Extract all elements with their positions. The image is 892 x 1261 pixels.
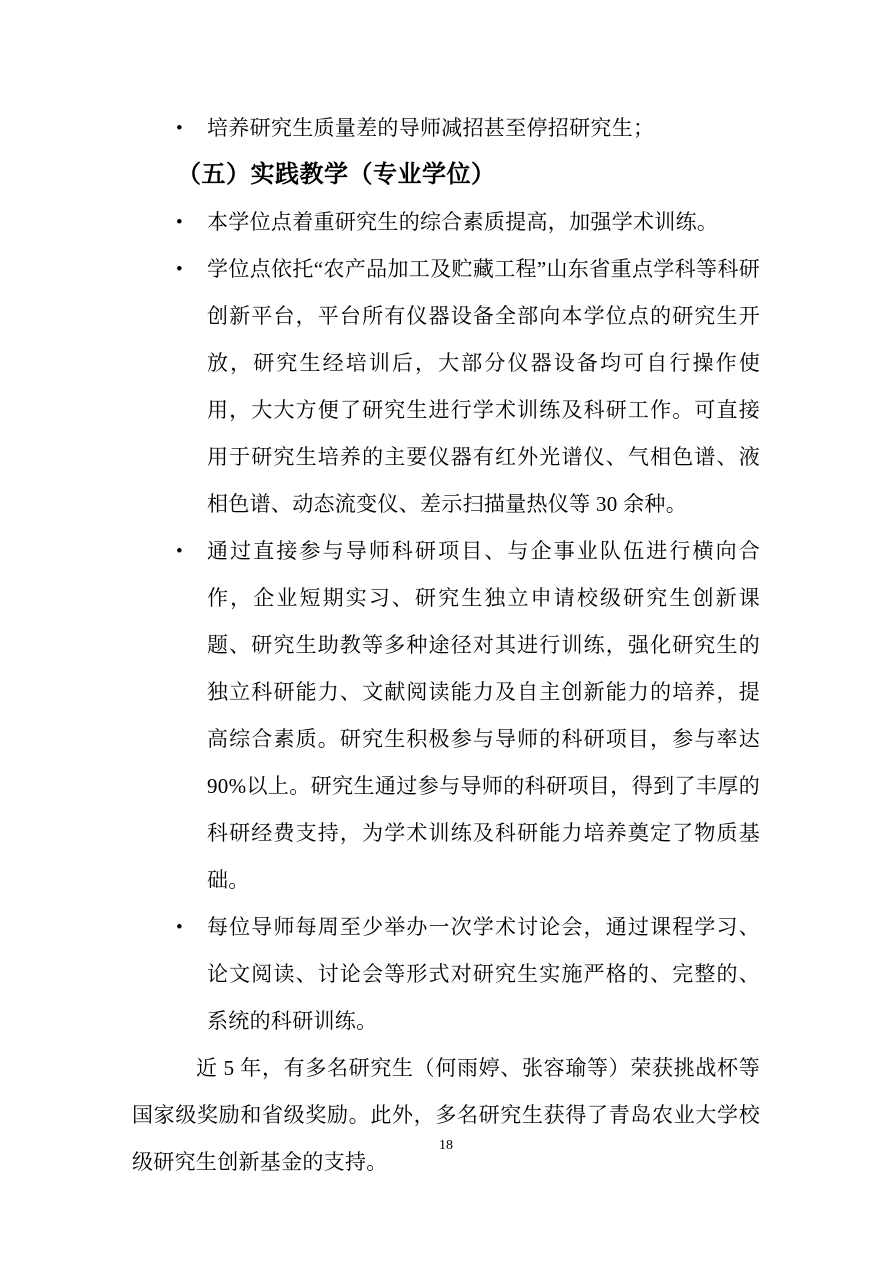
- bullet-icon: •: [176, 246, 183, 293]
- document-page: • 培养研究生质量差的导师减招甚至停招研究生； （五）实践教学（专业学位） • …: [0, 0, 892, 1261]
- list-item: • 本学位点着重研究生的综合素质提高，加强学术训练。: [207, 199, 760, 246]
- content-area: • 培养研究生质量差的导师减招甚至停招研究生； （五）实践教学（专业学位） • …: [132, 105, 760, 1186]
- bullet-icon: •: [176, 199, 183, 246]
- bullet-text: 本学位点着重研究生的综合素质提高，加强学术训练。: [207, 210, 718, 234]
- page-number: 18: [0, 1136, 892, 1156]
- list-item: • 通过直接参与导师科研项目、与企事业队伍进行横向合作，企业短期实习、研究生独立…: [207, 528, 760, 904]
- bullet-text: 每位导师每周至少举办一次学术讨论会，通过课程学习、论文阅读、讨论会等形式对研究生…: [207, 915, 760, 1033]
- list-item: • 学位点依托“农产品加工及贮藏工程”山东省重点学科等科研创新平台，平台所有仪器…: [207, 246, 760, 528]
- list-item: • 培养研究生质量差的导师减招甚至停招研究生；: [207, 105, 760, 152]
- closing-paragraph: 近 5 年，有多名研究生（何雨婷、张容瑜等）荣获挑战杯等国家级奖励和省级奖励。此…: [132, 1045, 760, 1186]
- bullet-text: 培养研究生质量差的导师减招甚至停招研究生；: [207, 116, 654, 140]
- section-heading: （五）实践教学（专业学位）: [132, 152, 760, 199]
- bullet-icon: •: [176, 528, 183, 575]
- list-item: • 每位导师每周至少举办一次学术讨论会，通过课程学习、论文阅读、讨论会等形式对研…: [207, 904, 760, 1045]
- practice-bullet-list: • 本学位点着重研究生的综合素质提高，加强学术训练。 • 学位点依托“农产品加工…: [132, 199, 760, 1045]
- bullet-text: 学位点依托“农产品加工及贮藏工程”山东省重点学科等科研创新平台，平台所有仪器设备…: [207, 257, 760, 516]
- intro-bullet-list: • 培养研究生质量差的导师减招甚至停招研究生；: [132, 105, 760, 152]
- bullet-text: 通过直接参与导师科研项目、与企事业队伍进行横向合作，企业短期实习、研究生独立申请…: [207, 539, 760, 892]
- bullet-icon: •: [176, 105, 183, 152]
- bullet-icon: •: [176, 904, 183, 951]
